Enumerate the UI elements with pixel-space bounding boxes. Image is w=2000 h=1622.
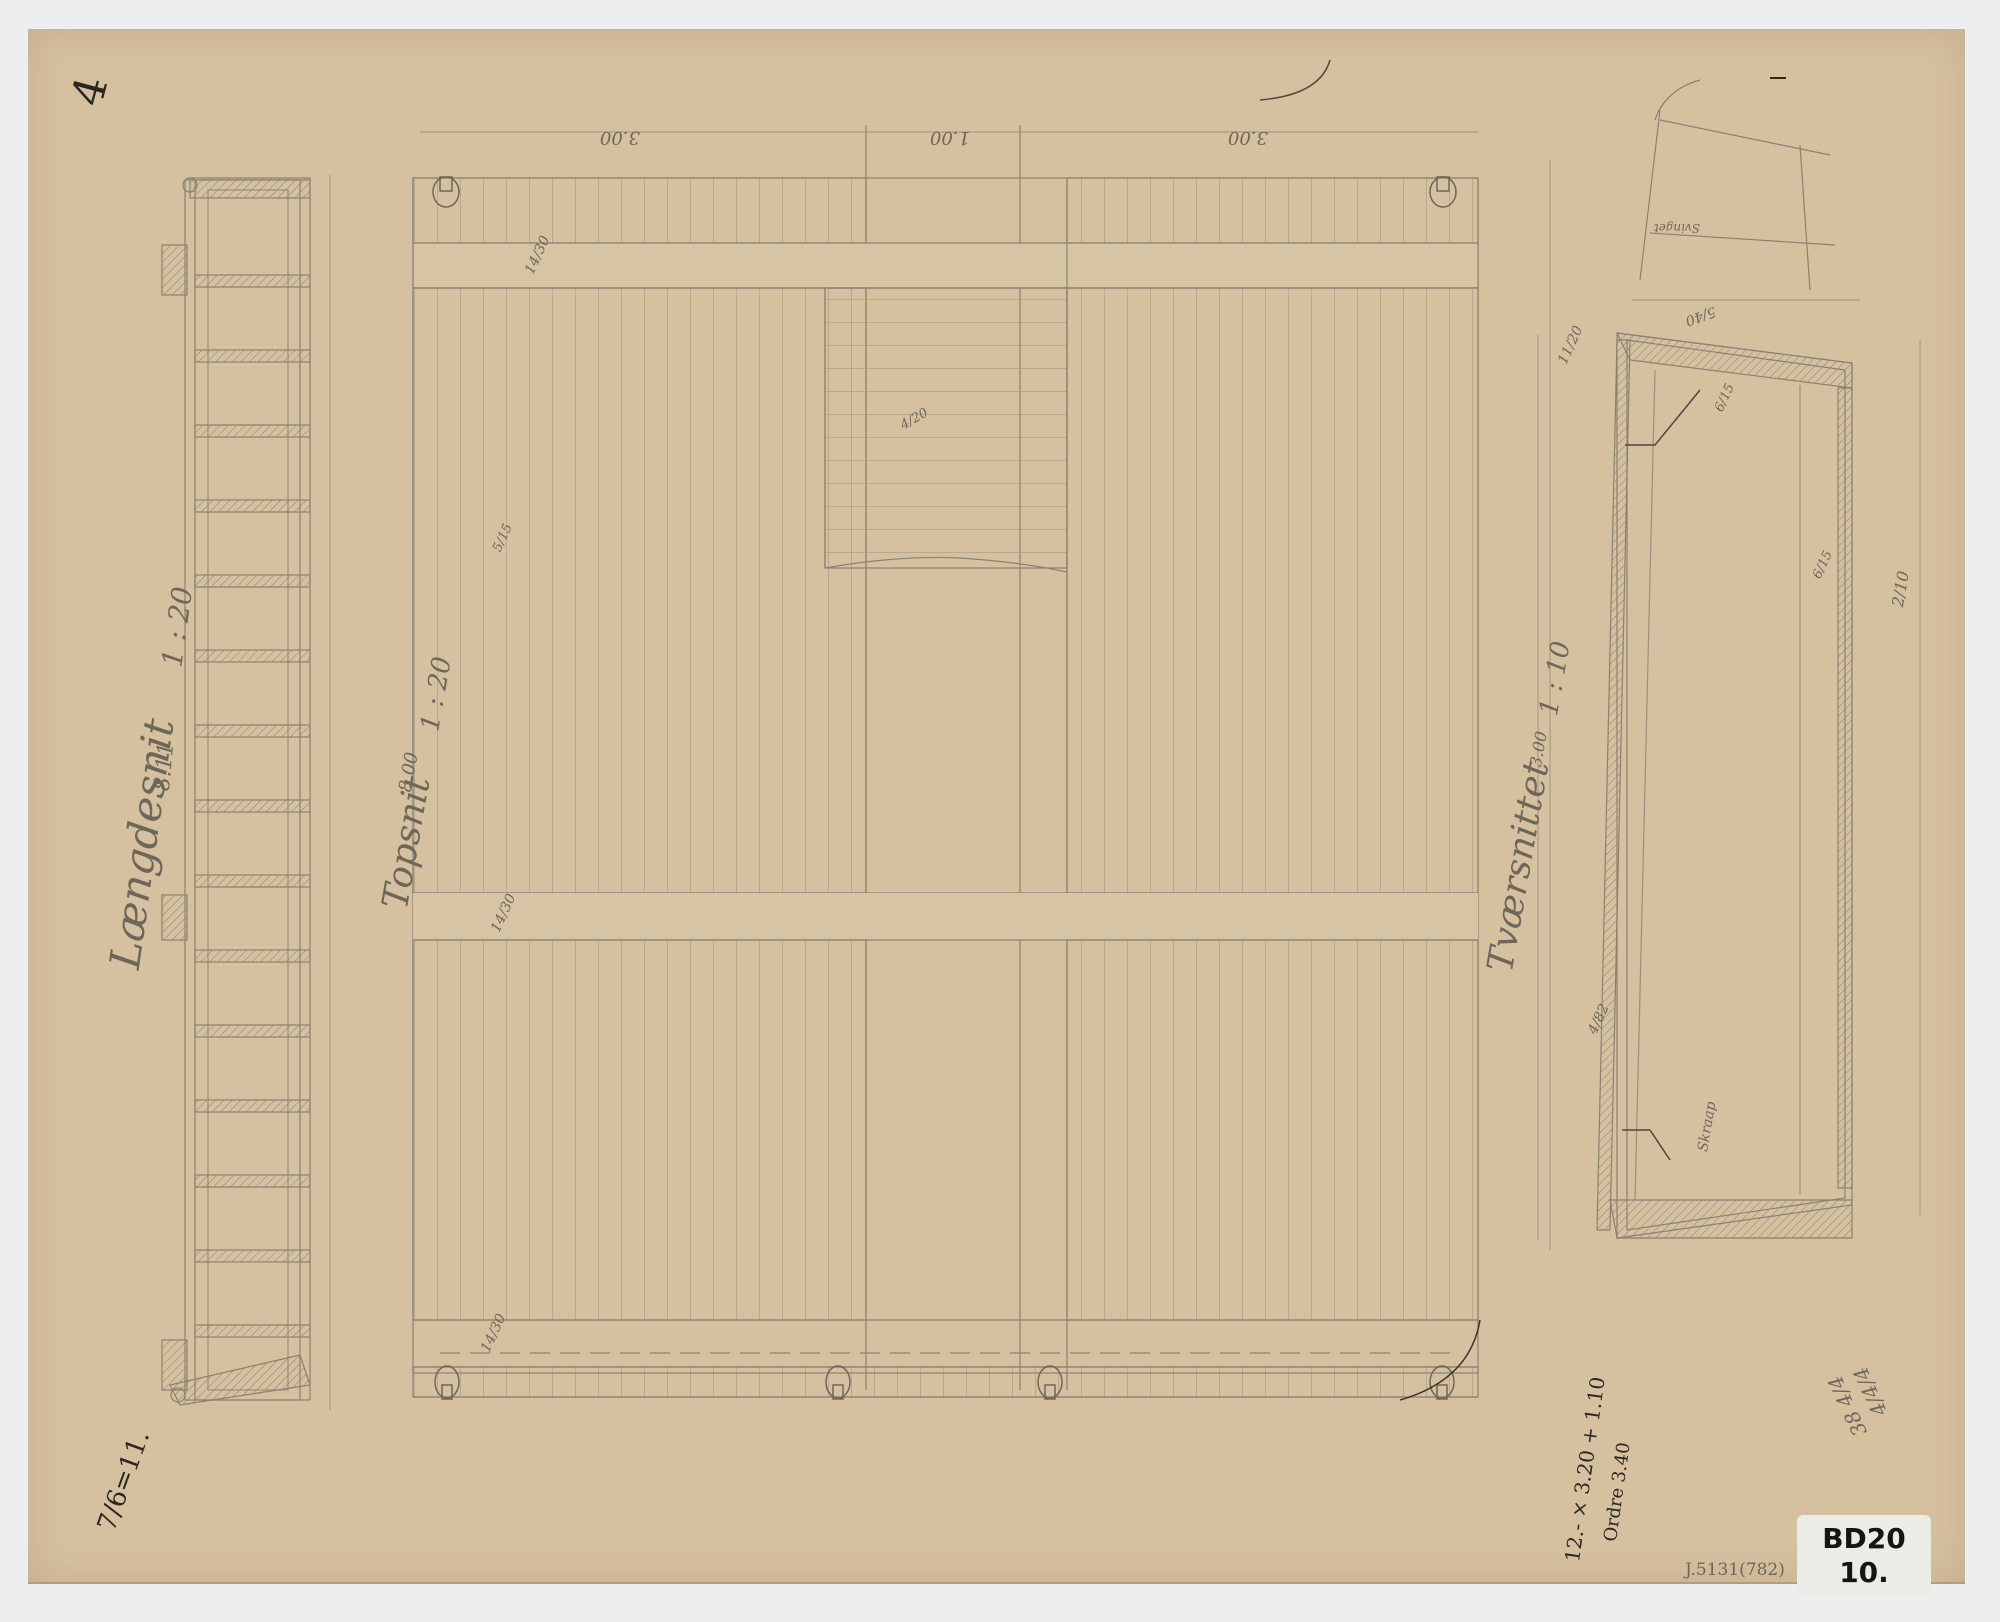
top-dim-left: 3.00 — [600, 127, 640, 148]
plan-view — [413, 125, 1480, 1400]
top-dim-middle: 1.00 — [930, 127, 970, 148]
longitudinal-scale: 1 : 20 — [155, 585, 199, 669]
archive-label: BD20 10. — [1797, 1515, 1931, 1597]
technical-drawing — [0, 0, 2000, 1622]
catalog-number: J.5131(782) — [1685, 1560, 1785, 1580]
longitudinal-dimension: 8.11 — [150, 741, 179, 792]
archive-label-line1: BD20 — [1822, 1522, 1906, 1556]
archive-label-line2: 10. — [1839, 1556, 1889, 1590]
detail-note: Svinget — [1654, 221, 1700, 235]
top-dim-right: 3.00 — [1228, 127, 1268, 148]
longitudinal-section — [162, 175, 330, 1410]
